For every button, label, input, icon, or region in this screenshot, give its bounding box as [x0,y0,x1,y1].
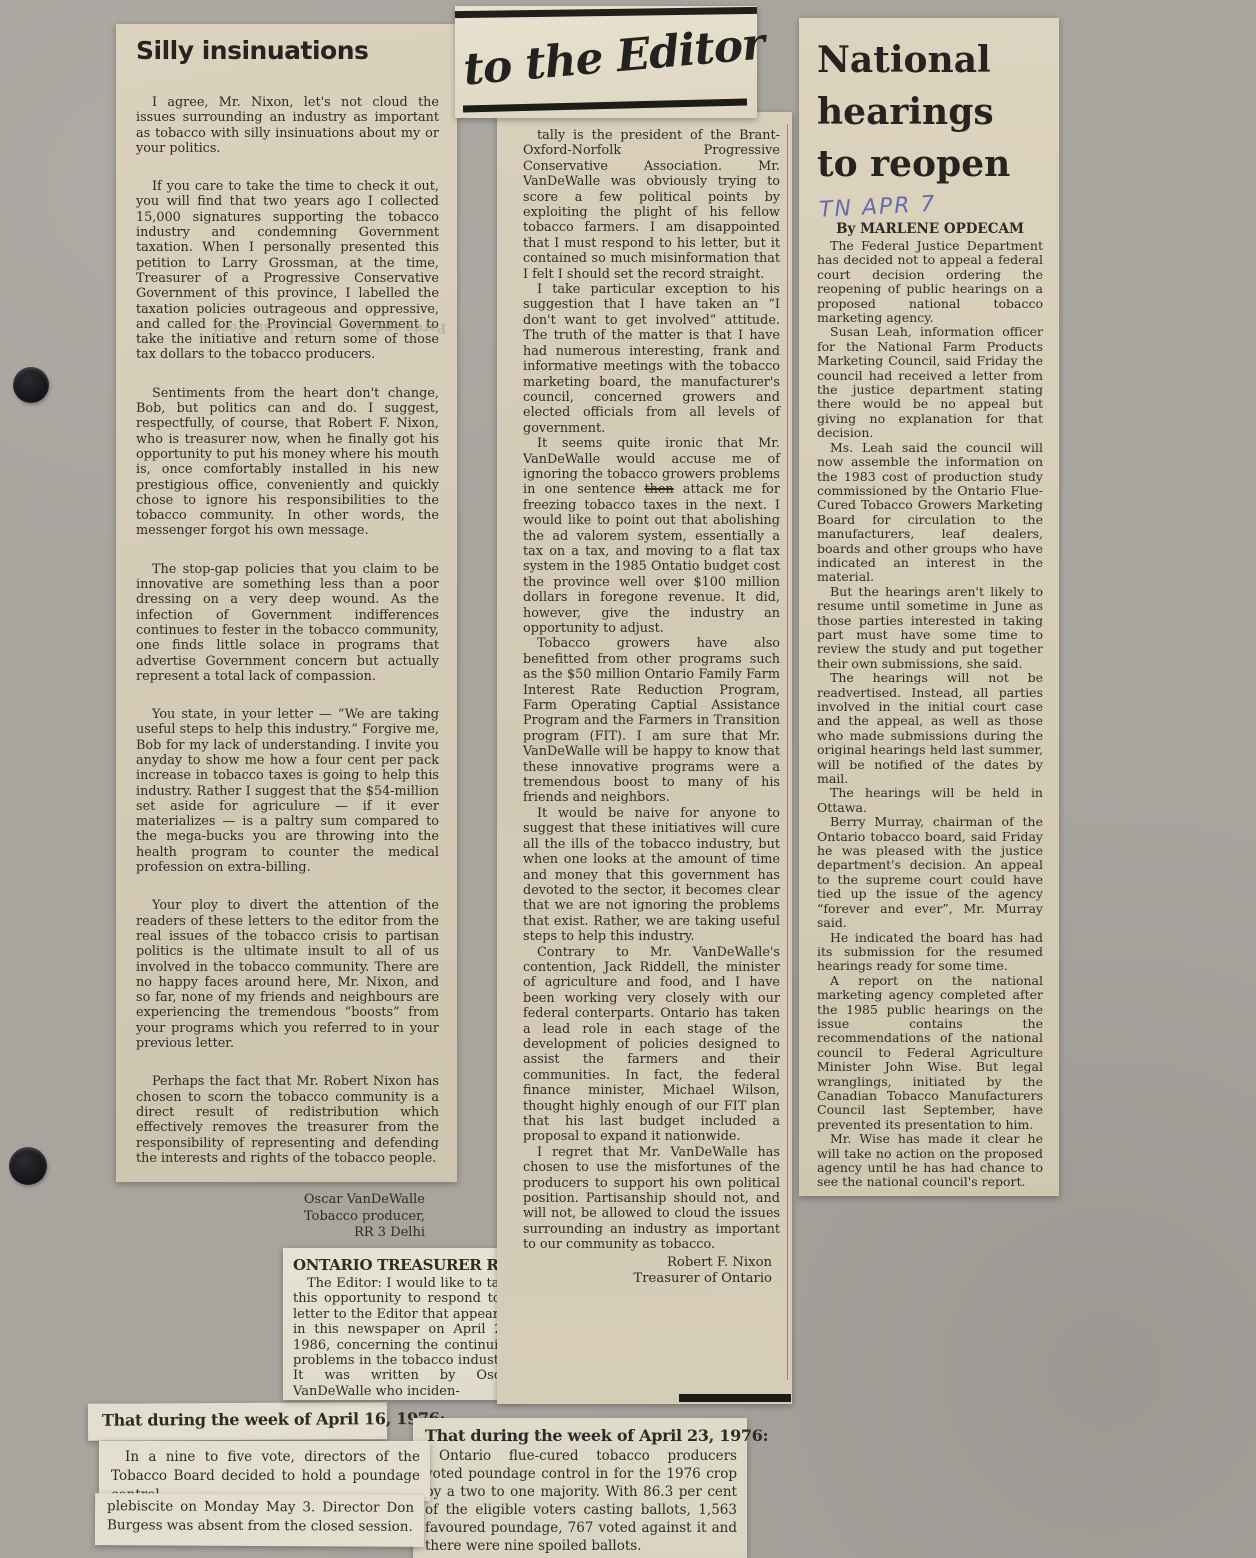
ink-bleed-through-text: Pardo and the ..rmer Jeanie Ford [146,320,446,335]
paragraph: Berry Murray, chairman of the Ontario to… [817,815,1043,930]
paragraph: The hearings will not be readvertised. I… [817,671,1043,786]
paragraph: Tobacco growers have also benefitted fro… [523,636,780,805]
strip-text: plebiscite on Monday May 3. Director Don… [107,1497,414,1537]
newspaper-clipping-apr23: That during the week of April 23, 1976: … [413,1418,747,1558]
paragraph: I agree, Mr. Nixon, let's not cloud the … [136,95,439,156]
headline: National hearings to reopen [817,34,1043,190]
paragraph: Your ploy to divert the attention of the… [136,898,439,1051]
scrapbook-page: Silly insinuations I agree, Mr. Nixon, l… [0,0,1256,1558]
letter-signature: Oscar VanDeWalleTobacco producer,RR 3 De… [136,1192,439,1242]
paragraph: The Federal Justice Department has decid… [817,239,1043,325]
paragraph: Treasurer of Ontario [523,1271,772,1288]
paragraph: You state, in your letter — “We are taki… [136,707,439,875]
paragraph: Susan Leah, information officer for the … [817,325,1043,440]
newspaper-clipping-national-hearings: National hearings to reopen TN APR 7 By … [799,18,1059,1196]
reply-body-bottom: Tobacco growers have also benefitted fro… [523,636,780,1252]
struck-word: then [645,482,674,497]
paragraph-text: attack me for freezing tobacco taxes in … [523,482,780,636]
paragraph: Oscar VanDeWalle [136,1192,425,1209]
paragraph: tally is the president of the Brant-Oxfo… [523,128,780,282]
paragraph: If you care to take the time to check it… [136,179,439,363]
clipping-title: ONTARIO TREASURER REPLIES [293,1256,515,1274]
masthead-script-text: to the Editor [461,19,754,95]
newspaper-strip-apr16-header: That during the week of April 16, 1976: [88,1402,387,1441]
paragraph: It would be naive for anyone to suggest … [523,806,780,945]
paragraph: I regret that Mr. VanDeWalle has chosen … [523,1145,780,1253]
masthead-underline-rule [463,99,747,113]
paragraph: Sentiments from the heart don't change, … [136,386,439,539]
reply-paragraph-with-strikethrough: It seems quite ironic that Mr. VanDeWall… [523,436,780,636]
paragraph: Contrary to Mr. VanDeWalle's contention,… [523,945,780,1145]
paragraph: Ms. Leah said the council will now assem… [817,441,1043,585]
newspaper-clipping-treasurer-reply-column: tally is the president of the Brant-Oxfo… [497,112,792,1404]
letter-body: I agree, Mr. Nixon, let's not cloud the … [136,95,439,1166]
paragraph: The stop-gap policies that you claim to … [136,562,439,684]
letter-signature: Robert F. NixonTreasurer of Ontario [523,1255,780,1288]
hole-punch [13,367,49,403]
paragraph: RR 3 Delhi [136,1225,425,1242]
paragraph: I take particular exception to his sugge… [523,282,780,436]
masthead-to-the-editor: to the Editor [455,6,757,118]
masthead-top-rule [455,7,757,18]
strip-header: That during the week of April 16, 1976: [102,1409,387,1429]
paragraph: He indicated the board has had its submi… [817,931,1043,974]
paragraph: Robert F. Nixon [523,1255,772,1272]
paragraph: But the hearings aren't likely to resume… [817,585,1043,671]
clipping-body: The Editor: I would like to take this op… [293,1276,515,1399]
paragraph: A report on the national marketing agenc… [817,974,1043,1132]
clipping-bottom-rule [679,1394,791,1402]
reply-body-top: tally is the president of the Brant-Oxfo… [523,128,780,436]
clipping-title: Silly insinuations [136,36,439,65]
paragraph: Tobacco producer, [136,1209,425,1226]
paragraph: The hearings will be held in Ottawa. [817,786,1043,815]
newspaper-strip-apr16-body-1: In a nine to five vote, directors of the… [99,1441,430,1501]
clipping-body: Ontario flue-cured tobacco producers vot… [425,1447,737,1555]
paragraph: Perhaps the fact that Mr. Robert Nixon h… [136,1074,439,1166]
hole-punch [9,1147,47,1185]
article-body: The Federal Justice Department has decid… [817,239,1043,1190]
newspaper-clipping-silly-insinuations: Silly insinuations I agree, Mr. Nixon, l… [116,24,457,1182]
clipping-header: That during the week of April 23, 1976: [425,1426,737,1445]
newspaper-clipping-ontario-treasurer-replies: ONTARIO TREASURER REPLIES The Editor: I … [283,1248,523,1400]
paragraph: Mr. Wise has made it clear he will take … [817,1132,1043,1190]
handwritten-date-note: TN APR 7 [818,186,1043,223]
column-rule [787,124,788,1380]
newspaper-strip-apr16-body-2: plebiscite on Monday May 3. Director Don… [95,1493,424,1547]
byline: By MARLENE OPDECAM [817,221,1043,237]
